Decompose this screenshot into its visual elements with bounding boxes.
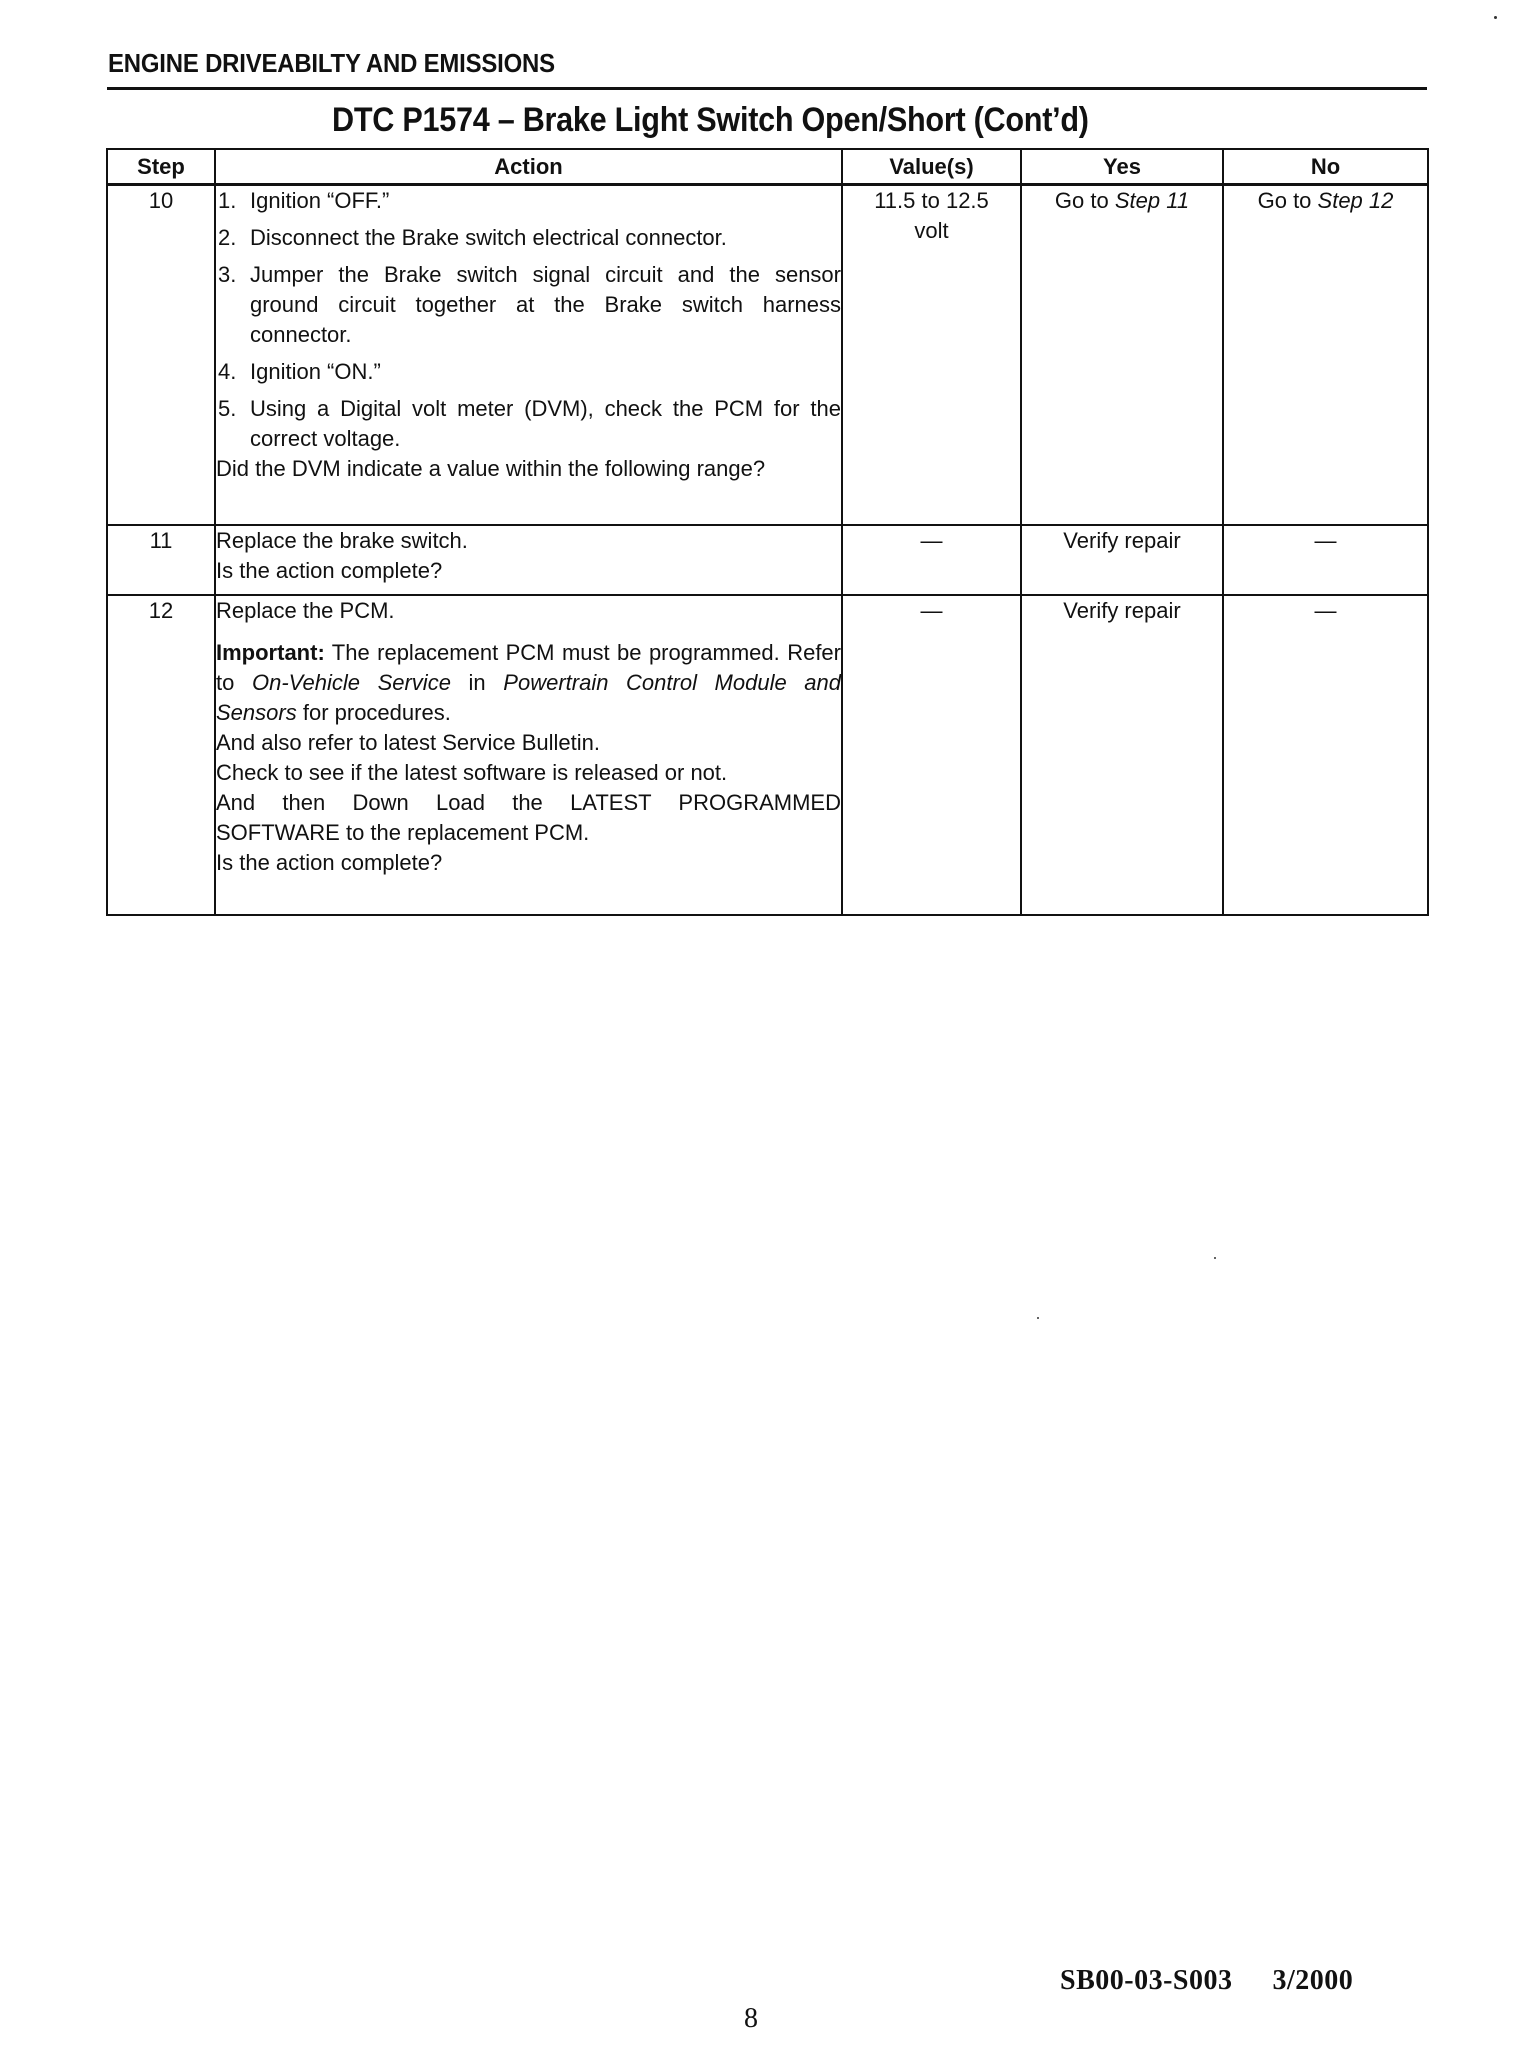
action-line: And then Down Load the LATEST PROGRAMMED… xyxy=(216,788,841,848)
action-item-number: 1. xyxy=(216,186,250,216)
action-cell: Replace the PCM. Important: The replacem… xyxy=(215,595,842,915)
column-header-yes: Yes xyxy=(1021,149,1223,185)
action-question: Did the DVM indicate a value within the … xyxy=(216,454,841,484)
step-number: 10 xyxy=(107,185,215,526)
header-rule xyxy=(107,87,1427,90)
page-number: 8 xyxy=(744,2003,758,2035)
action-cell: Replace the brake switch. Is the action … xyxy=(215,525,842,595)
action-item-text: Ignition “ON.” xyxy=(250,357,841,387)
table-row: 12 Replace the PCM. Important: The repla… xyxy=(107,595,1428,915)
yes-cell: Go to Step 11 xyxy=(1021,185,1223,526)
action-line: Check to see if the latest software is r… xyxy=(216,758,841,788)
value-range: 11.5 to 12.5 xyxy=(843,186,1020,216)
scan-artifact xyxy=(1214,1257,1216,1259)
action-item-number: 4. xyxy=(216,357,250,387)
document-code: SB00-03-S003 xyxy=(1060,1965,1232,1996)
action-item-number: 3. xyxy=(216,260,250,350)
value-cell: — xyxy=(842,525,1021,595)
no-cell: — xyxy=(1223,525,1428,595)
goto-step-11-link[interactable]: Step 11 xyxy=(1115,188,1189,213)
action-item-text: Disconnect the Brake switch electrical c… xyxy=(250,223,841,253)
action-item-number: 2. xyxy=(216,223,250,253)
value-cell: — xyxy=(842,595,1021,915)
column-header-values: Value(s) xyxy=(842,149,1021,185)
action-question: Is the action complete? xyxy=(216,848,841,878)
action-item: 1. Ignition “OFF.” xyxy=(216,186,841,216)
page-title: DTC P1574 – Brake Light Switch Open/Shor… xyxy=(106,101,1426,140)
action-line: And also refer to latest Service Bulleti… xyxy=(216,728,841,758)
action-item-number: 5. xyxy=(216,394,250,454)
no-cell: Go to Step 12 xyxy=(1223,185,1428,526)
page-title-text: DTC P1574 – Brake Light Switch Open/Shor… xyxy=(332,101,1089,140)
action-item-text: Using a Digital volt meter (DVM), check … xyxy=(250,394,841,454)
action-item: 5. Using a Digital volt meter (DVM), che… xyxy=(216,394,841,454)
yes-cell: Verify repair xyxy=(1021,595,1223,915)
scan-artifact xyxy=(1494,16,1497,19)
yes-cell: Verify repair xyxy=(1021,525,1223,595)
no-prefix: Go to xyxy=(1258,188,1318,213)
action-cell: 1. Ignition “OFF.” 2. Disconnect the Bra… xyxy=(215,185,842,526)
column-header-step: Step xyxy=(107,149,215,185)
diagnostic-table: Step Action Value(s) Yes No 10 1. Igniti… xyxy=(106,148,1429,916)
step-number: 11 xyxy=(107,525,215,595)
value-cell: 11.5 to 12.5 volt xyxy=(842,185,1021,526)
column-header-action: Action xyxy=(215,149,842,185)
document-footer: SB00-03-S0033/2000 xyxy=(1060,1965,1353,1997)
table-header-row: Step Action Value(s) Yes No xyxy=(107,149,1428,185)
action-item: 3. Jumper the Brake switch signal circui… xyxy=(216,260,841,350)
table-row: 10 1. Ignition “OFF.” 2. Disconnect the … xyxy=(107,185,1428,526)
action-item: 2. Disconnect the Brake switch electrica… xyxy=(216,223,841,253)
important-note: Important: The replacement PCM must be p… xyxy=(216,638,841,728)
important-text: for procedures. xyxy=(303,700,451,725)
action-item: 4. Ignition “ON.” xyxy=(216,357,841,387)
scan-artifact xyxy=(1037,1317,1039,1319)
step-number: 12 xyxy=(107,595,215,915)
important-label: Important: xyxy=(216,640,325,665)
section-header: ENGINE DRIVEABILTY AND EMISSIONS xyxy=(108,48,555,79)
reference-on-vehicle-service[interactable]: On-Vehicle Service xyxy=(252,670,451,695)
action-question: Is the action complete? xyxy=(216,556,841,586)
column-header-no: No xyxy=(1223,149,1428,185)
action-line: Replace the PCM. xyxy=(216,596,841,626)
action-item-text: Jumper the Brake switch signal circuit a… xyxy=(250,260,841,350)
important-text: in xyxy=(469,670,486,695)
value-unit: volt xyxy=(843,216,1020,246)
action-item-text: Ignition “OFF.” xyxy=(250,186,841,216)
no-cell: — xyxy=(1223,595,1428,915)
goto-step-12-link[interactable]: Step 12 xyxy=(1318,188,1394,213)
document-date: 3/2000 xyxy=(1272,1965,1353,1996)
action-line: Replace the brake switch. xyxy=(216,526,841,556)
table-row: 11 Replace the brake switch. Is the acti… xyxy=(107,525,1428,595)
yes-prefix: Go to xyxy=(1055,188,1115,213)
